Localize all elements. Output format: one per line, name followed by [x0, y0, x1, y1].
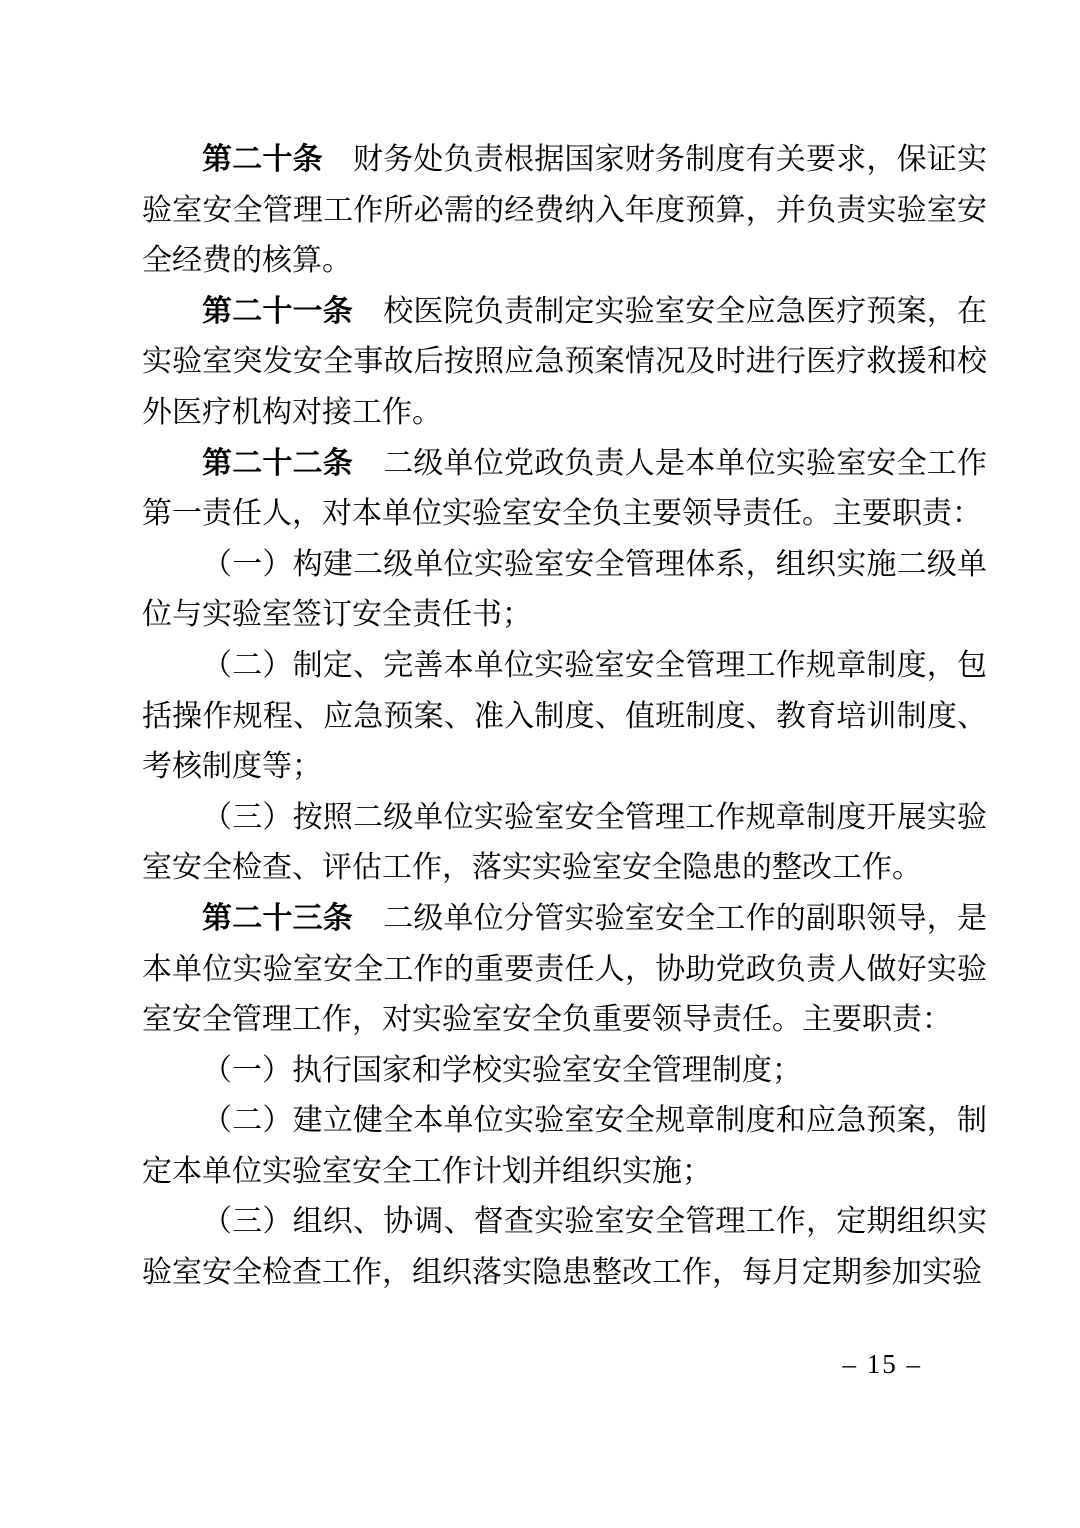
article-22-item-1-paragraph: （一）构建二级单位实验室安全管理体系，组织实施二级单位与实验室签订安全责任书； — [142, 540, 987, 641]
document-text-block: 第二十条 财务处负责根据国家财务制度有关要求，保证实验室安全管理工作所必需的经费… — [142, 135, 987, 1299]
article-22-paragraph: 第二十二条 二级单位党政负责人是本单位实验室安全工作第一责任人，对本单位实验室安… — [142, 439, 987, 540]
article-23-item-3-paragraph: （三）组织、协调、督查实验室安全管理工作，定期组织实验室安全检查工作，组织落实隐… — [142, 1197, 987, 1298]
article-22-item-2-text: （二）制定、完善本单位实验室安全管理工作规章制度，包括操作规程、应急预案、准入制… — [142, 649, 987, 783]
article-23-paragraph: 第二十三条 二级单位分管实验室安全工作的副职领导，是本单位实验室安全工作的重要责… — [142, 894, 987, 1046]
article-23-item-2-paragraph: （二）建立健全本单位实验室安全规章制度和应急预案，制定本单位实验室安全工作计划并… — [142, 1096, 987, 1197]
article-22-item-3-text: （三）按照二级单位实验室安全管理工作规章制度开展实验室安全检查、评估工作，落实实… — [142, 801, 987, 885]
article-22-item-2-paragraph: （二）制定、完善本单位实验室安全管理工作规章制度，包括操作规程、应急预案、准入制… — [142, 641, 987, 793]
article-23-item-2-text: （二）建立健全本单位实验室安全规章制度和应急预案，制定本单位实验室安全工作计划并… — [142, 1104, 987, 1188]
article-23-item-1-paragraph: （一）执行国家和学校实验室安全管理制度； — [142, 1046, 987, 1097]
article-21-number: 第二十一条 — [202, 295, 353, 328]
page-number: – 15 – — [843, 1348, 923, 1380]
article-20-number: 第二十条 — [202, 143, 323, 176]
article-21-paragraph: 第二十一条 校医院负责制定实验室安全应急医疗预案，在实验室突发安全事故后按照应急… — [142, 287, 987, 439]
article-22-number: 第二十二条 — [202, 447, 353, 480]
article-20-paragraph: 第二十条 财务处负责根据国家财务制度有关要求，保证实验室安全管理工作所必需的经费… — [142, 135, 987, 287]
article-23-item-1-text: （一）执行国家和学校实验室安全管理制度； — [202, 1054, 802, 1087]
article-23-item-3-text: （三）组织、协调、督查实验室安全管理工作，定期组织实验室安全检查工作，组织落实隐… — [142, 1205, 987, 1289]
document-page: 第二十条 财务处负责根据国家财务制度有关要求，保证实验室安全管理工作所必需的经费… — [0, 0, 1080, 1528]
article-22-item-3-paragraph: （三）按照二级单位实验室安全管理工作规章制度开展实验室安全检查、评估工作，落实实… — [142, 793, 987, 894]
article-23-number: 第二十三条 — [202, 902, 353, 935]
article-22-item-1-text: （一）构建二级单位实验室安全管理体系，组织实施二级单位与实验室签订安全责任书； — [142, 548, 987, 632]
